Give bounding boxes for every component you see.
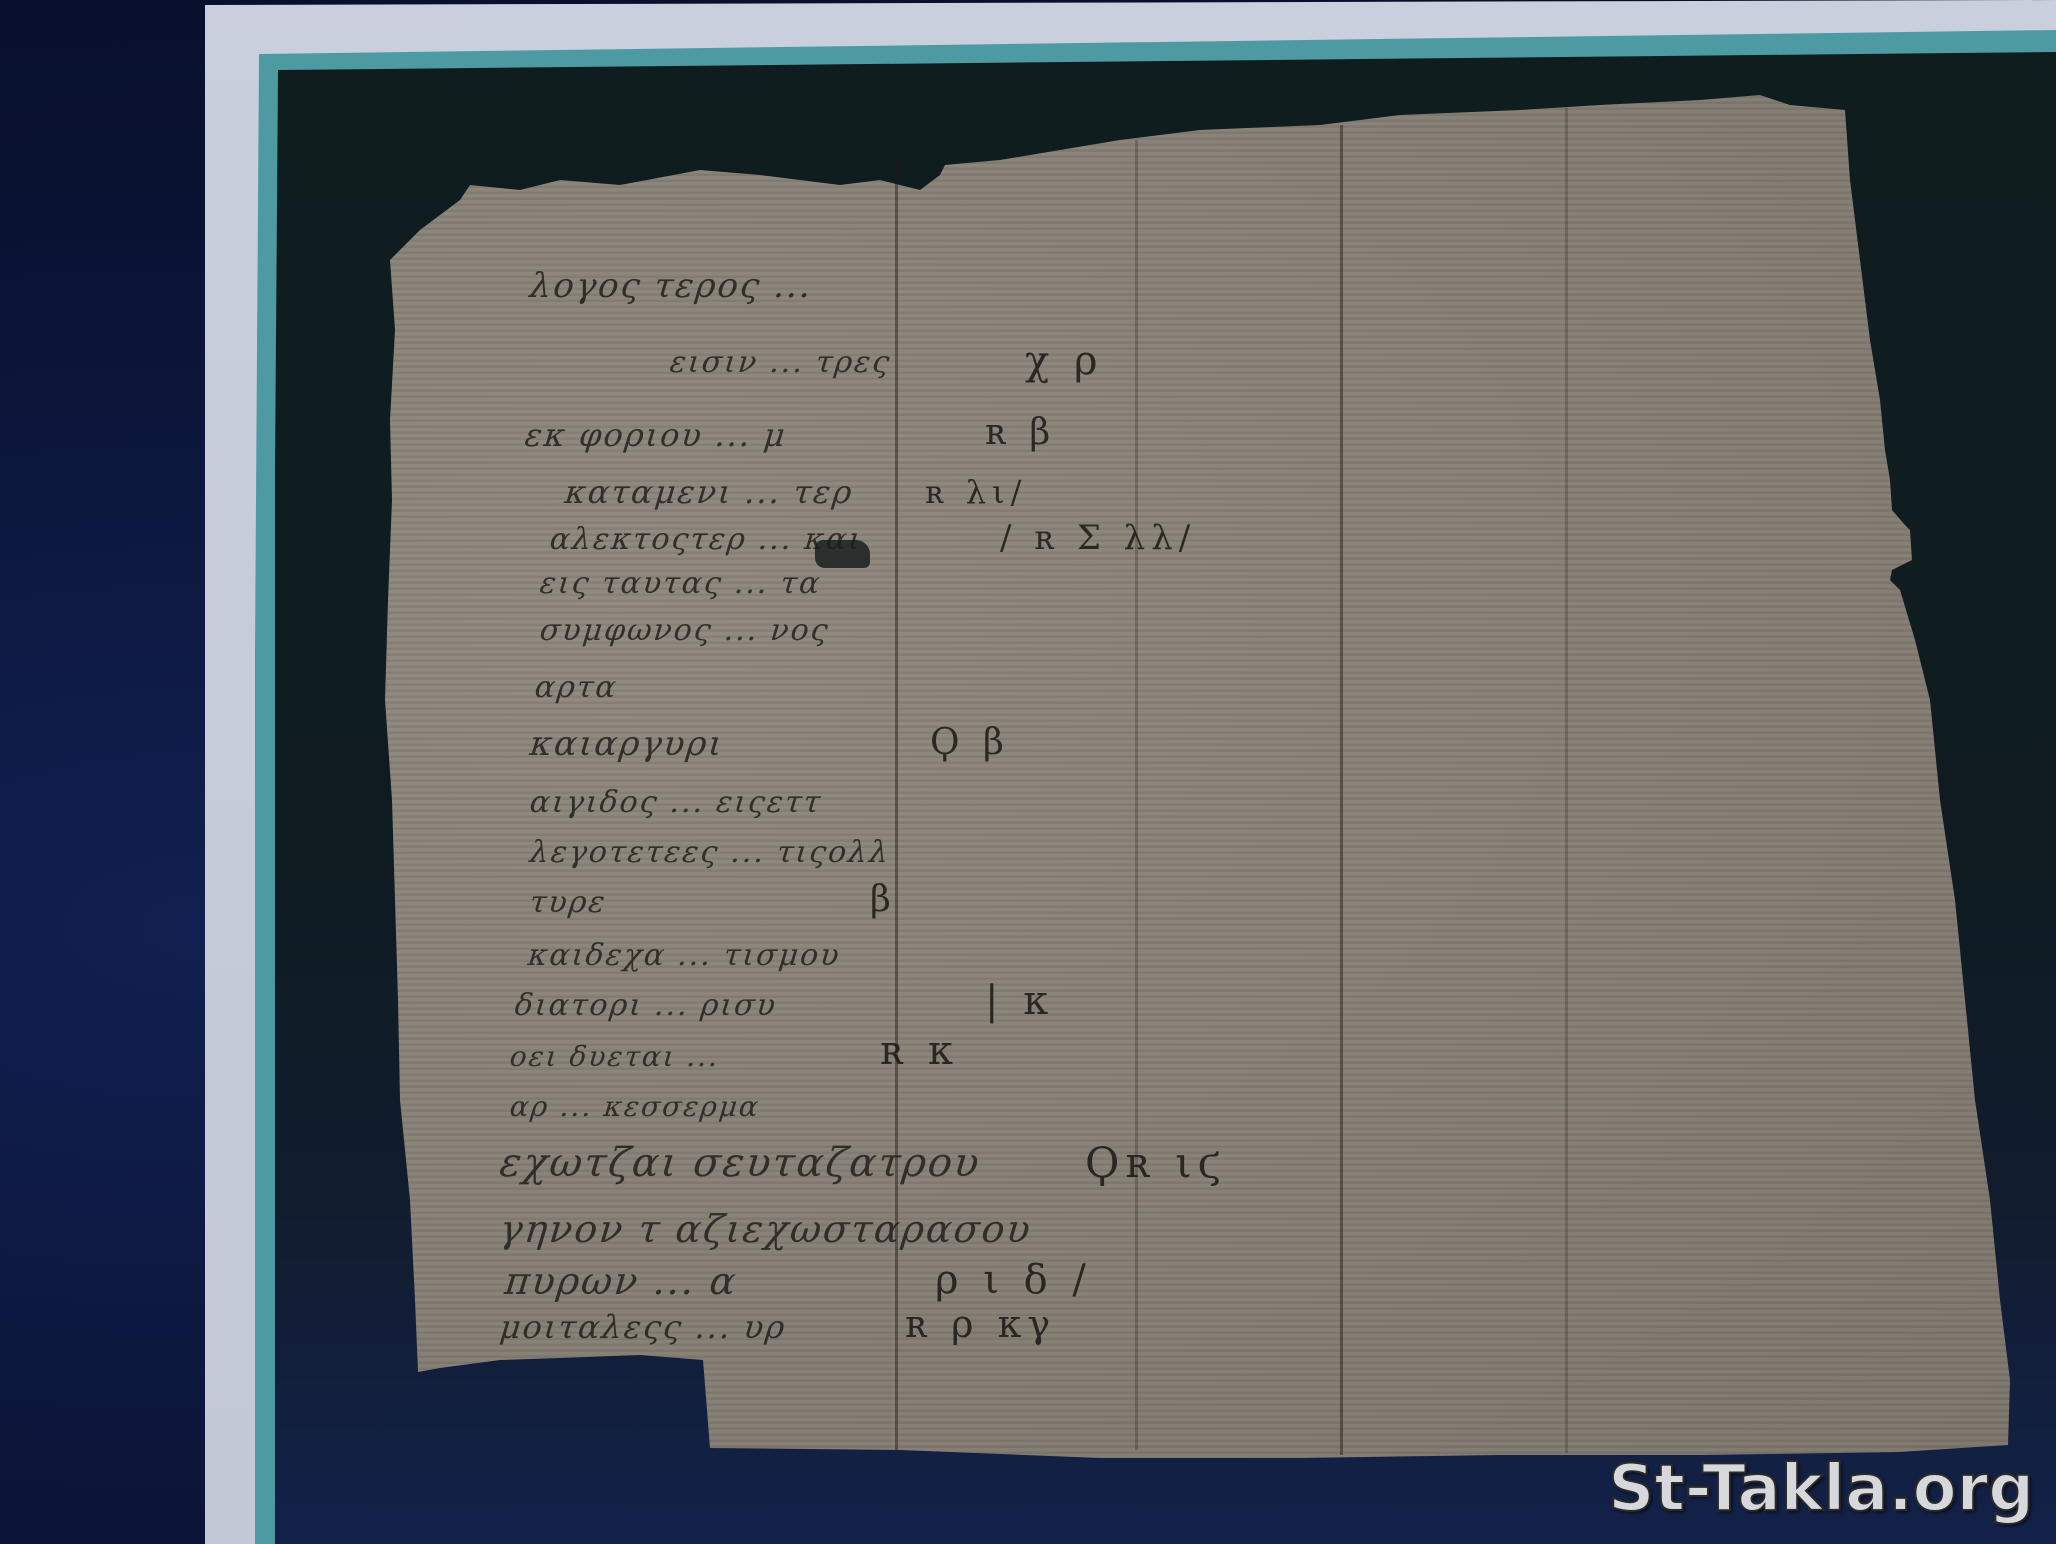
papyrus-hole [815, 540, 870, 568]
papyrus-fold-line [895, 160, 898, 1450]
watermark: St-Takla.org [1608, 1452, 2034, 1526]
papyrus-fold-line [1565, 108, 1568, 1453]
papyrus-fold-line [1135, 140, 1138, 1450]
papyrus-fold-line [1340, 125, 1343, 1455]
